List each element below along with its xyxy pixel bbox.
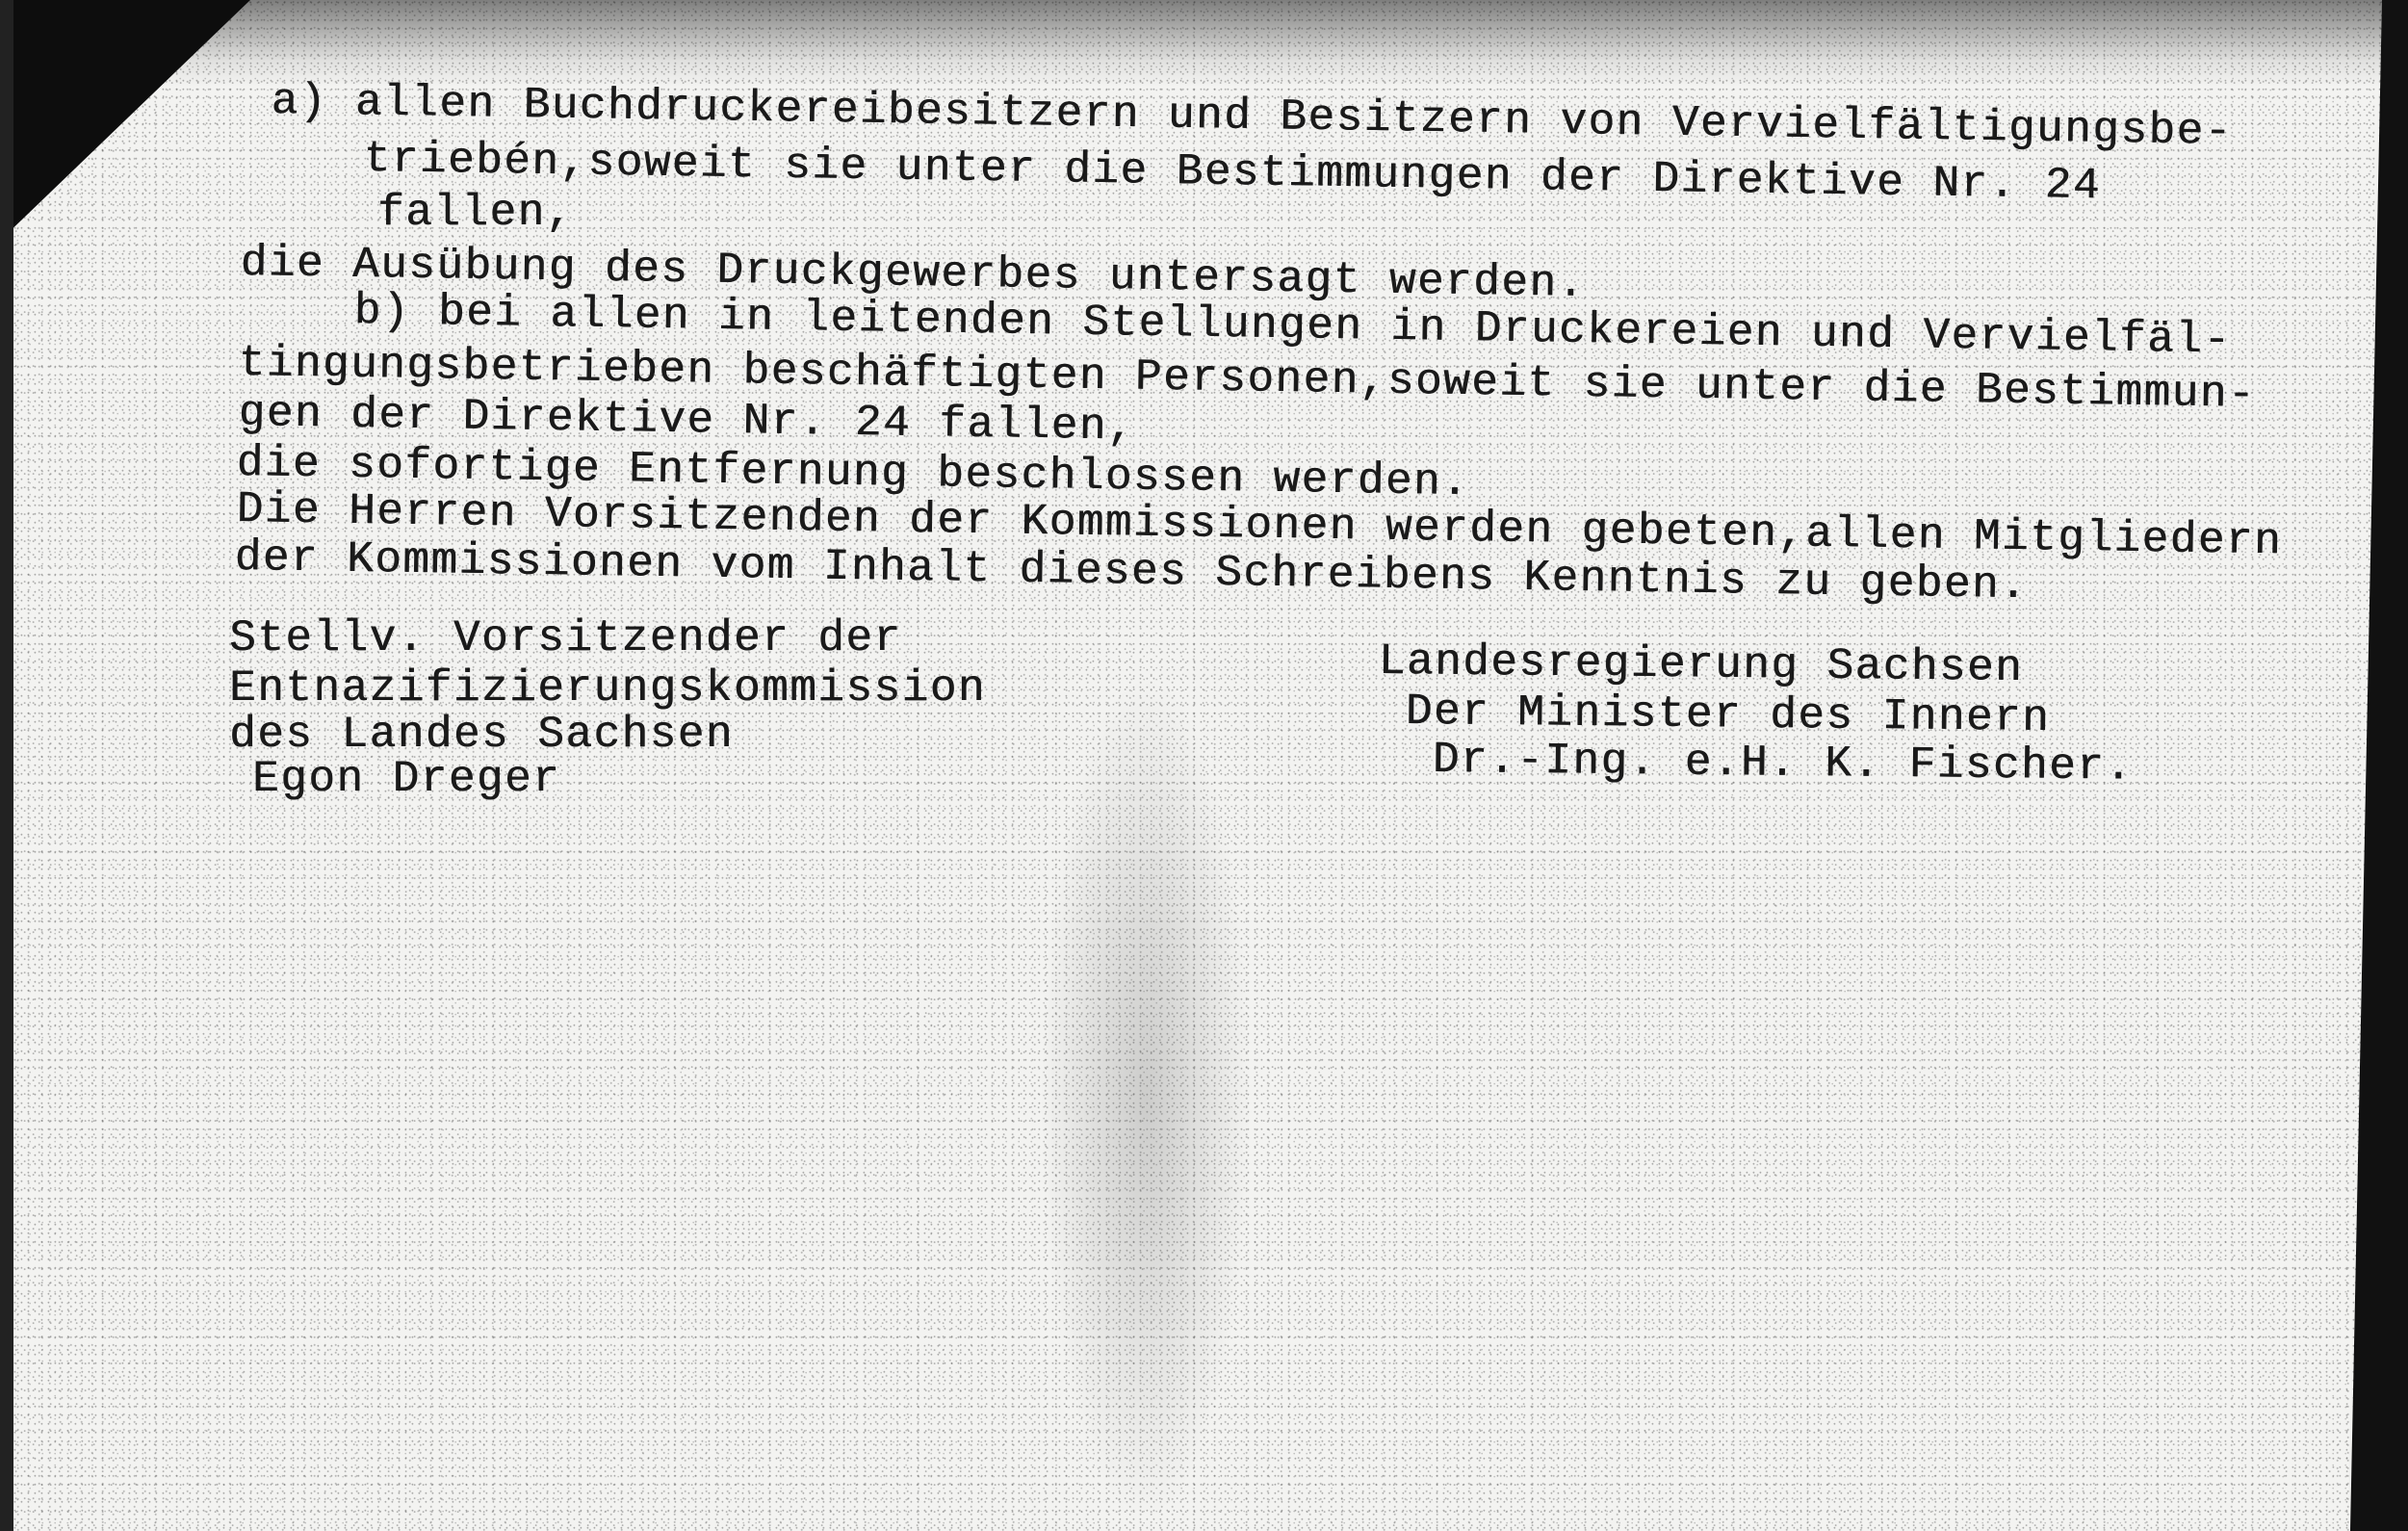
sig-right-line-1: Landesregierung Sachsen: [1379, 639, 2024, 690]
sig-left-name: Egon Dreger: [252, 757, 560, 801]
folded-corner: [0, 0, 250, 241]
right-page-edge: [2350, 0, 2408, 1531]
document-page: a) allen Buchdruckereibesitzern und Besi…: [0, 0, 2408, 1531]
body-line-3: fallen,: [377, 191, 574, 235]
sig-right-name: Dr.-Ing. e.H. K. Fischer.: [1433, 738, 2134, 790]
sig-left-line-3: des Landes Sachsen: [229, 713, 734, 757]
left-page-edge: [0, 0, 13, 1531]
sig-left-line-1: Stellv. Vorsitzender der: [229, 616, 902, 661]
sig-right-line-2: Der Minister des Innern: [1406, 689, 2051, 740]
sig-left-line-2: Entnazifizierungskommission: [229, 666, 986, 711]
top-shadow: [0, 0, 2408, 87]
center-fold-smudge: [1040, 674, 1252, 1521]
